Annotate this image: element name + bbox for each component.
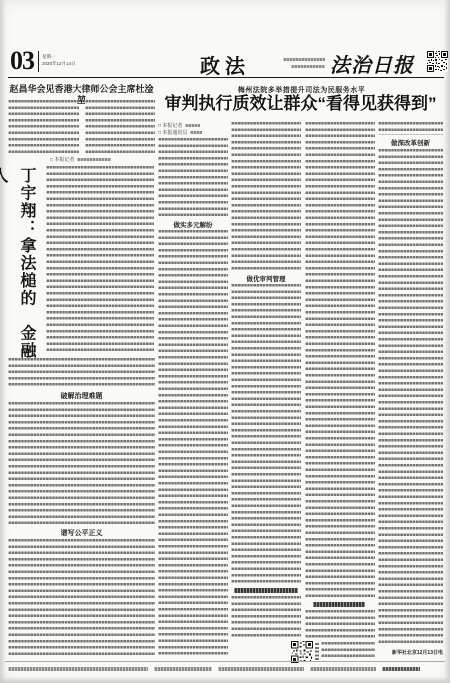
- section-title: 政法: [160, 50, 290, 79]
- masthead: 法治日报: [330, 49, 414, 78]
- main-col2-body-3: [231, 596, 301, 638]
- footer-segment: [218, 667, 304, 671]
- page-edge-left: [0, 0, 6, 683]
- left-article-body-col2: [85, 100, 155, 153]
- main-col4-body-1: [378, 122, 443, 135]
- main-headline: 审判执行质效让群众“看得见获得到”: [156, 94, 445, 114]
- main-byline-correspondent-prefix: □ 本报通讯员: [158, 129, 187, 136]
- footer-segment: [8, 667, 148, 671]
- feature-subhead-2: 谱写公平正义: [8, 528, 155, 538]
- page-number: 03: [10, 49, 34, 73]
- page-number-divider: [38, 51, 39, 72]
- main-col2-bold-line: [234, 588, 298, 593]
- main-subhead-2: 做优审判管理: [231, 274, 301, 283]
- xinhua-credit: 新华社北京12月13日电: [378, 649, 443, 656]
- proofreader-credit-line: [291, 65, 325, 68]
- header-rule: [8, 77, 444, 78]
- date-label: 2020年12月14日: [42, 61, 76, 68]
- left-article-body-col1: [8, 100, 79, 153]
- feature-byline-names: [77, 158, 111, 161]
- main-col2-body-1: [231, 122, 301, 272]
- main-byline-reporter: □ 本报记者: [158, 122, 200, 129]
- main-col4-body-2: [378, 149, 443, 646]
- qr-caption-vertical: [315, 643, 319, 660]
- main-col3-bold-line: [313, 602, 365, 607]
- main-col1-body-1: [158, 138, 228, 218]
- newspaper-page: 03 星期一 2020年12月14日 政法 法治日报 赵昌华会见香港大律师公会主…: [0, 0, 450, 683]
- editor-credit-line: [283, 58, 325, 61]
- footer-segment: [310, 667, 376, 671]
- main-col1-body-2: [158, 230, 228, 658]
- footer-segment: [382, 667, 420, 671]
- feature-byline: □ 本报记者: [50, 156, 111, 163]
- feature-body-1: [46, 166, 154, 354]
- footer-rule: [5, 661, 445, 662]
- main-col3-body-2: [305, 610, 375, 638]
- feature-byline-prefix: □ 本报记者: [50, 156, 74, 163]
- main-byline-correspondent: □ 本报通讯员: [158, 129, 202, 136]
- main-byline-reporter-prefix: □ 本报记者: [158, 122, 182, 129]
- feature-vertical-headline: 丁宇翔：拿法槌的 金融人: [10, 167, 40, 367]
- main-byline-correspondent-name: [190, 131, 202, 134]
- main-byline-reporter-name: [185, 124, 200, 127]
- footer-imprint-line: [8, 667, 444, 671]
- main-col3-body-1: [305, 122, 375, 599]
- qr-code-icon: [291, 641, 313, 663]
- page-edge-bottom: [0, 677, 450, 683]
- feature-subhead-1: 破解治理难题: [8, 391, 155, 401]
- main-col3-body-3: [321, 642, 375, 661]
- feature-body-3: [8, 402, 155, 525]
- main-subhead-3: 做深改革创新: [378, 138, 443, 147]
- main-subhead-1: 做实多元解纷: [158, 220, 228, 229]
- qr-code-icon: [427, 51, 448, 72]
- feature-body-2: [8, 358, 155, 388]
- main-col2-body-2: [231, 284, 301, 584]
- footer-segment: [154, 667, 212, 671]
- feature-body-4: [8, 539, 155, 658]
